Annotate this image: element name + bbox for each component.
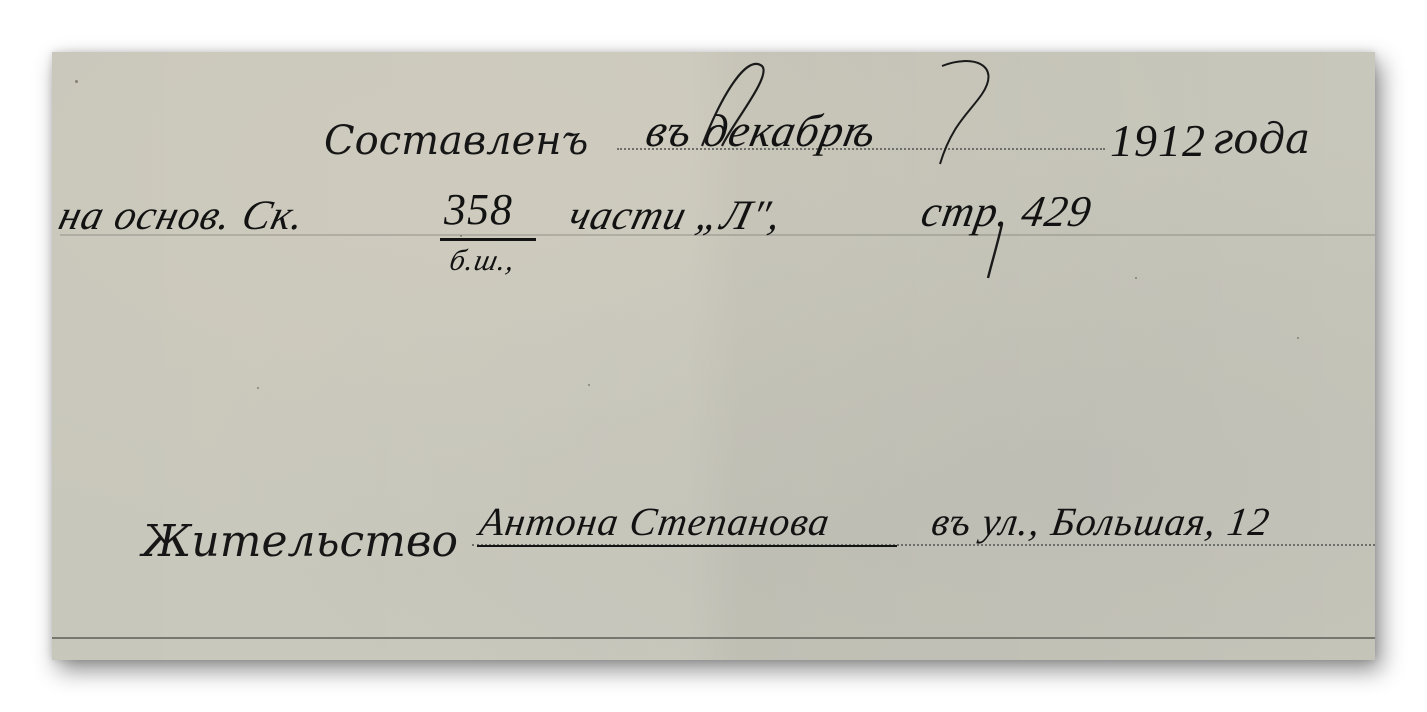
printed-suffix-year: года bbox=[1212, 114, 1310, 163]
handwritten-basis-prefix: на основ. Ск. bbox=[54, 192, 310, 240]
bottom-rule bbox=[52, 637, 1375, 639]
fraction-bar bbox=[440, 238, 536, 241]
handwritten-year: 1912 bbox=[1110, 114, 1206, 167]
handwritten-page: стр. 429 bbox=[918, 186, 1096, 237]
handwritten-resident-name: Антона Степанова bbox=[477, 498, 833, 545]
paper-speck bbox=[257, 387, 259, 389]
handwritten-address: въ ул., Большая, 12 bbox=[929, 498, 1273, 545]
paper-speck bbox=[1135, 277, 1137, 279]
paper-speck bbox=[588, 384, 590, 386]
paper-speck bbox=[75, 80, 78, 83]
paper-speck bbox=[1297, 337, 1299, 339]
printed-label-compiled: Составленъ bbox=[324, 118, 588, 164]
handwritten-part: части „Л", bbox=[564, 192, 787, 240]
handwritten-record-number: 358 bbox=[444, 184, 513, 235]
handwritten-record-sub: б.ш., bbox=[446, 244, 518, 278]
page-background: Составленъ въ декабрѣ 1912 года на основ… bbox=[0, 0, 1427, 712]
handwritten-month: въ декабрѣ bbox=[641, 104, 881, 157]
document-card: Составленъ въ декабрѣ 1912 года на основ… bbox=[52, 52, 1375, 660]
name-underline bbox=[477, 545, 897, 547]
printed-label-residence: Жительство bbox=[142, 516, 458, 567]
